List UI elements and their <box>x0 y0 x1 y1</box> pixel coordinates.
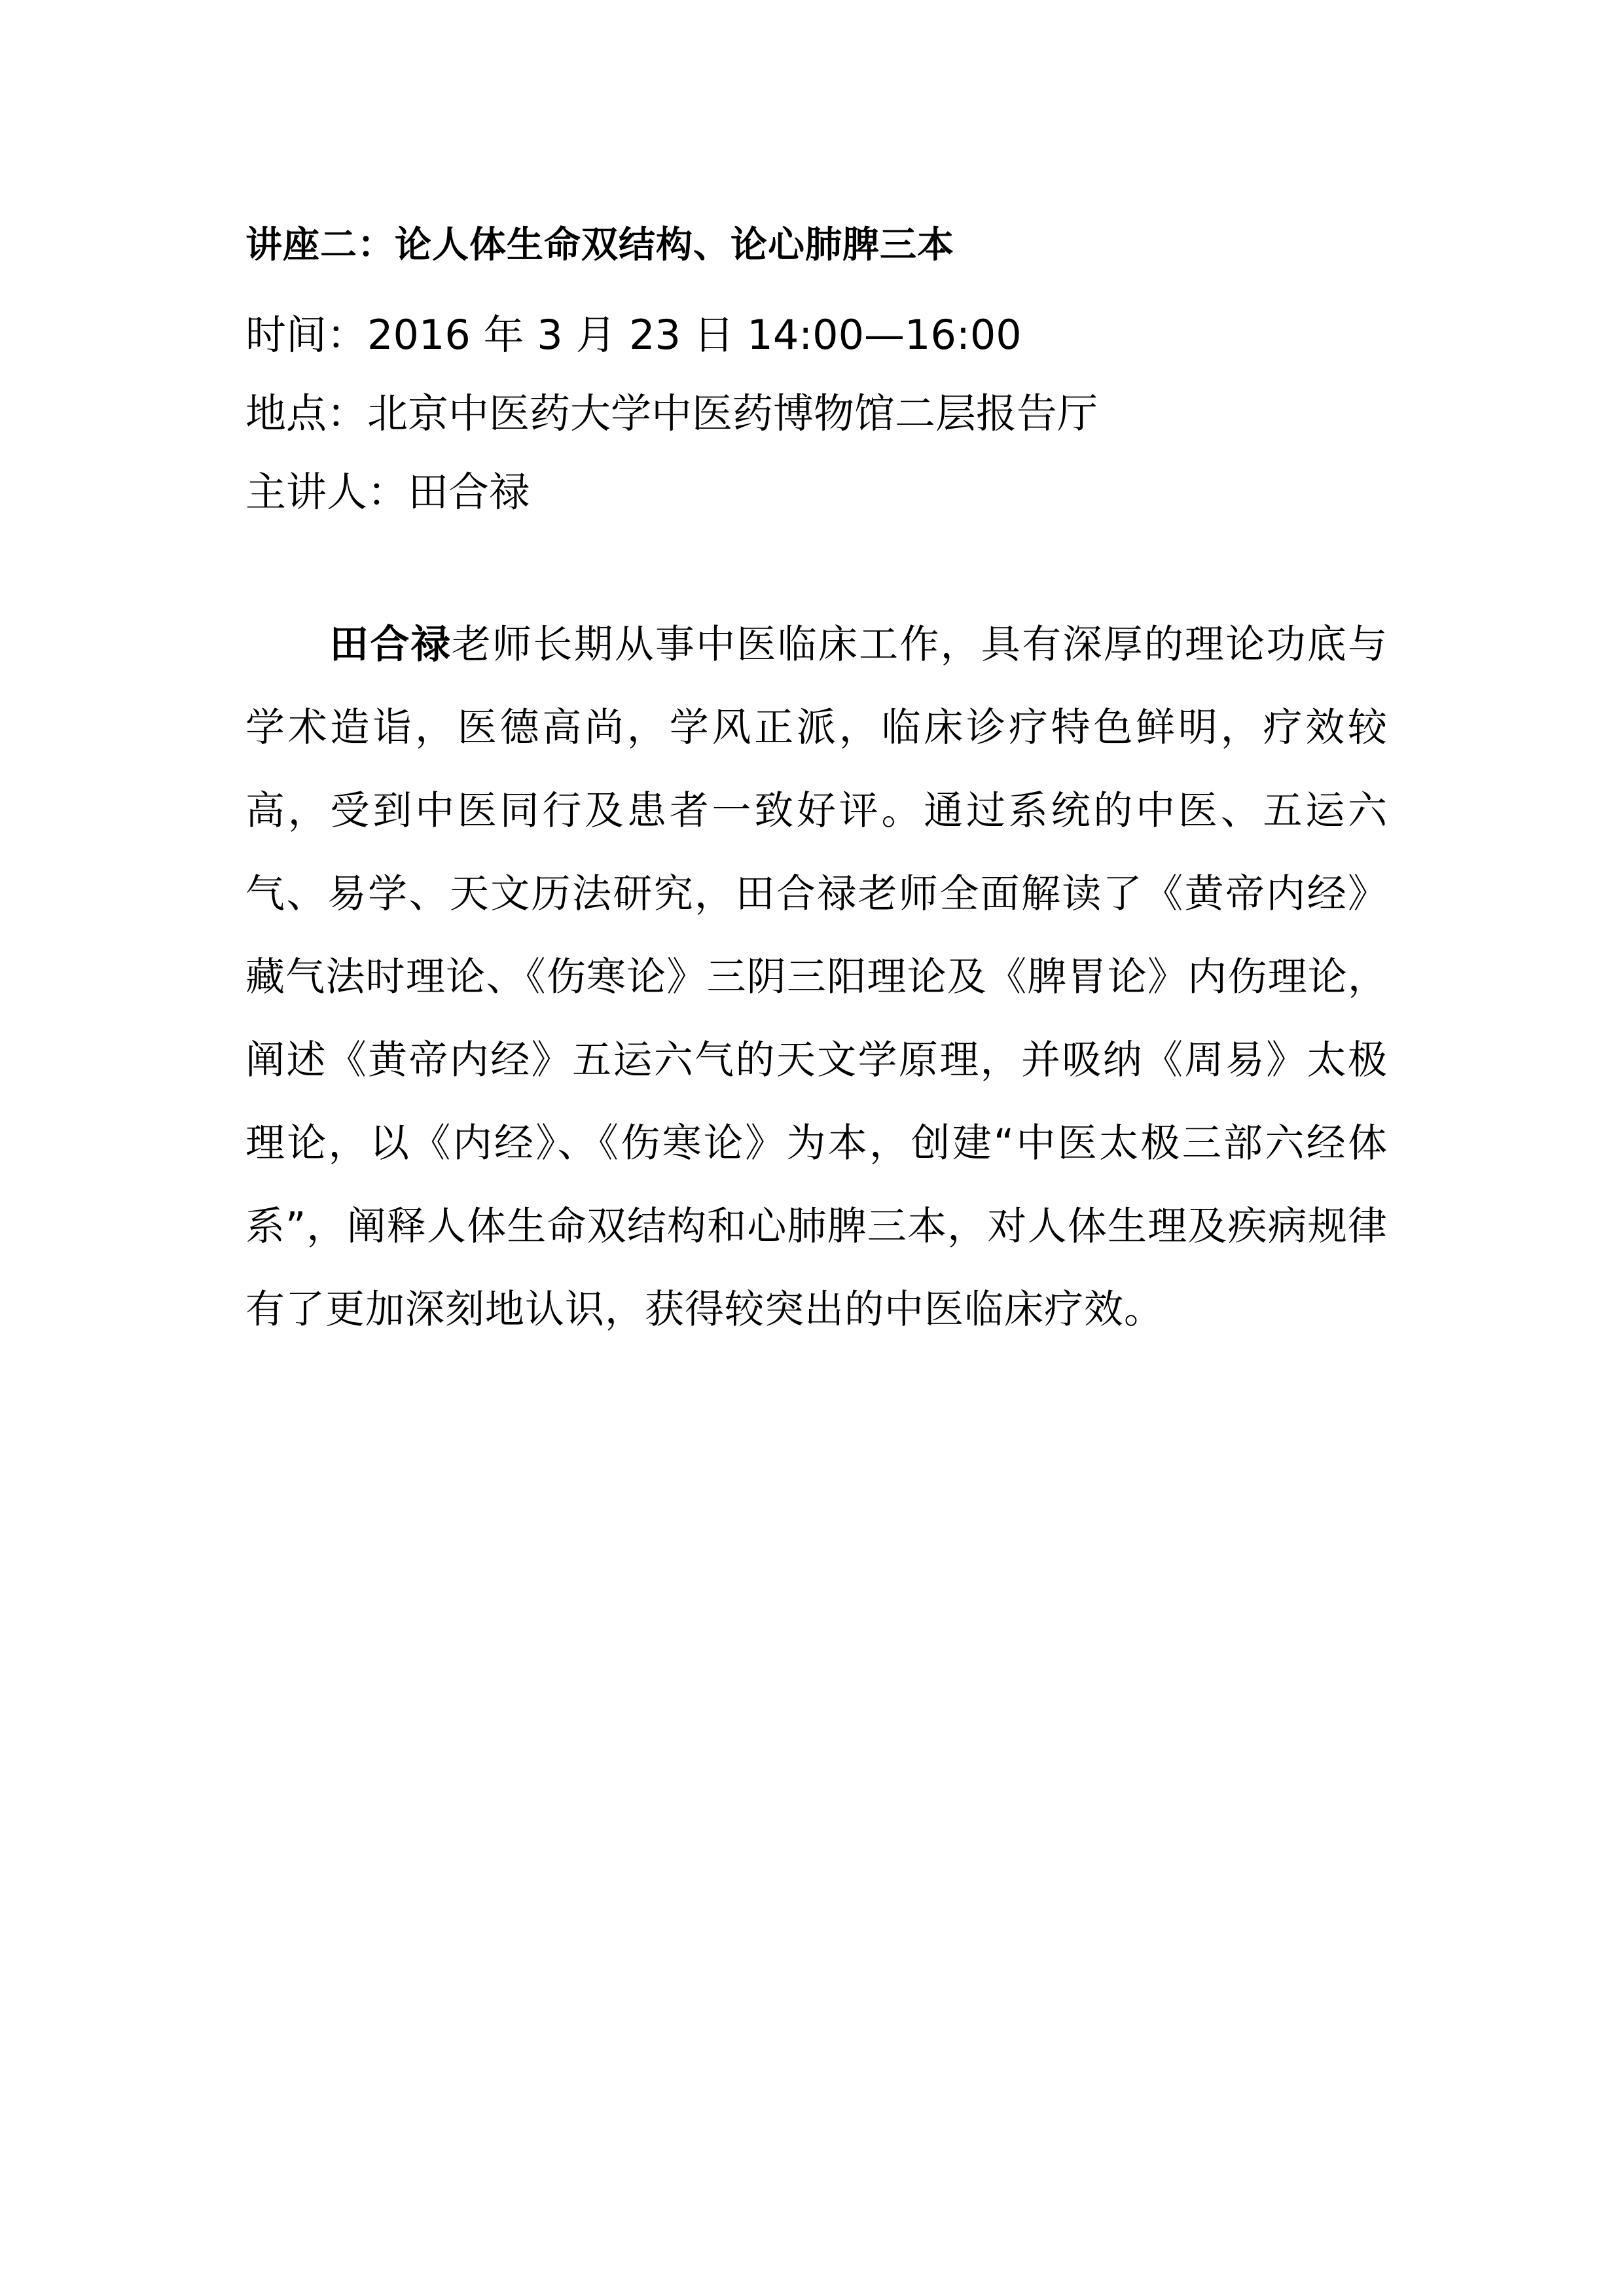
speaker-bio-paragraph: 田合禄老师长期从事中医临床工作，具有深厚的理论功底与学术造诣，医德高尚，学风正派… <box>245 603 1388 1352</box>
section-spacer <box>245 531 1388 603</box>
speaker-name-bold: 田合禄 <box>329 622 452 668</box>
speaker-bio-text: 老师长期从事中医临床工作，具有深厚的理论功底与学术造诣，医德高尚，学风正派，临床… <box>245 622 1388 1333</box>
document-page: 讲座二：论人体生命双结构、论心肺脾三本 时间：2016 年 3 月 23 日 1… <box>0 0 1624 2296</box>
lecture-title: 讲座二：论人体生命双结构、论心肺脾三本 <box>245 216 1388 275</box>
lecture-speaker: 主讲人：田合禄 <box>245 453 1388 531</box>
lecture-time: 时间：2016 年 3 月 23 日 14:00—16:00 <box>245 296 1388 374</box>
lecture-location: 地点：北京中医药大学中医药博物馆二层报告厅 <box>245 374 1388 453</box>
document-content: 讲座二：论人体生命双结构、论心肺脾三本 时间：2016 年 3 月 23 日 1… <box>245 216 1388 1352</box>
